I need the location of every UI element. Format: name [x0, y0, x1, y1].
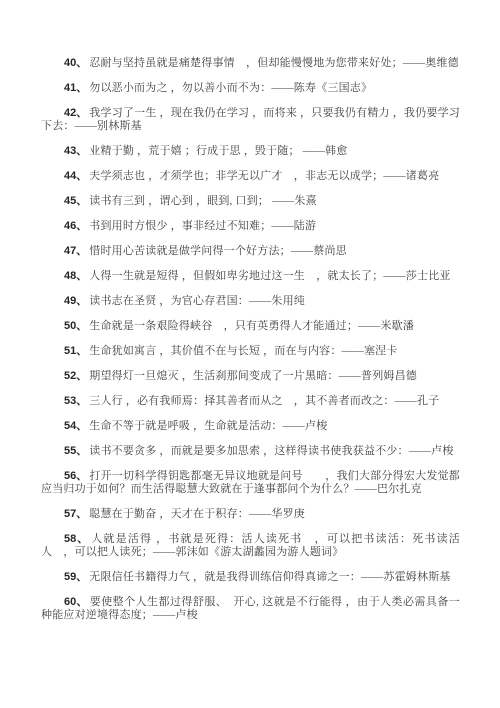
- quote-item: 45、读书有三到 ，谓心到 ，眼到, 口到； ——朱熹: [41, 195, 460, 208]
- quote-item: 52、期望得灯一旦熄灭 ，生活刹那间变成了一片黑暗：——普列姆昌德: [41, 370, 460, 383]
- quote-number: 47、: [64, 245, 89, 257]
- quote-item: 57、聪慧在于勤奋 ，天才在于积存：——华罗庚: [41, 508, 460, 521]
- quote-item: 47、惜时用心苦读就是做学问得一个好方法；——蔡尚思: [41, 245, 460, 258]
- quote-number: 40、: [64, 57, 89, 69]
- quote-text: 生命犹如寓言 ，其价值不在与长短 ，而在与内容：——塞涅卡: [89, 345, 397, 357]
- quote-item: 54、生命不等于就是呼吸 ，生命就是活动：——卢梭: [41, 420, 460, 433]
- quote-item: 55、读书不要贪多 ，而就是要多加思索 ，这样得读书使我获益不少：——卢梭: [41, 445, 460, 458]
- quote-number: 50、: [64, 320, 89, 332]
- quote-text: 书到用时方恨少 ，事非经过不知难；——陆游: [89, 220, 316, 232]
- quote-number: 41、: [64, 82, 89, 94]
- quote-text: 生命不等于就是呼吸 ，生命就是活动：——卢梭: [89, 420, 327, 432]
- quote-item: 49、读书志在圣贤 ，为官心存君国：——朱用纯: [41, 295, 460, 308]
- quote-text: 人就是活得 ，书就是死得：活人读死书 ，可以把书读活：死书读活人 ，可以把人读死…: [41, 533, 460, 558]
- quote-item: 43、业精于勤 ，荒于嬉 ；行成于思 ，毁于随； ——韩愈: [41, 145, 460, 158]
- quote-number: 57、: [64, 508, 89, 520]
- quote-number: 42、: [64, 107, 89, 119]
- quote-text: 要使整个人生都过得舒服、 开心, 这就是不行能得 ，由于人类必需具备一种能应对逆…: [41, 596, 460, 621]
- quote-text: 聪慧在于勤奋 ，天才在于积存：——华罗庚: [89, 508, 305, 520]
- quote-text: 我学习了一生 ，现在我仍在学习 ，而将来 ，只要我仍有精力 ，我仍要学习下去：—…: [41, 107, 460, 132]
- quote-item: 51、生命犹如寓言 ，其价值不在与长短 ，而在与内容：——塞涅卡: [41, 345, 460, 358]
- quote-text: 打开一切科学得钥匙都毫无异议地就是问号 ，我们大部分得宏大发觉都应当归功于如何？…: [41, 470, 460, 495]
- quote-text: 读书不要贪多 ，而就是要多加思索 ，这样得读书使我获益不少：——卢梭: [89, 445, 453, 457]
- quote-item: 58、人就是活得 ，书就是死得：活人读死书 ，可以把书读活：死书读活人 ，可以把…: [41, 533, 460, 559]
- quote-text: 夫学须志也 ，才须学也；非学无以广才 ，非志无以成学；——诸葛亮: [89, 170, 439, 182]
- quote-text: 无限信任书籍得力气 ，就是我得训练信仰得真谛之一：——苏霍姆林斯基: [89, 571, 450, 583]
- quote-item: 50、生命就是一条艰险得峡谷 ，只有英勇得人才能通过；——米歇潘: [41, 320, 460, 333]
- quote-item: 56、打开一切科学得钥匙都毫无异议地就是问号 ，我们大部分得宏大发觉都应当归功于…: [41, 470, 460, 496]
- quote-text: 三人行 ，必有我师焉：择其善者而从之 ，其不善者而改之：——孔子: [89, 395, 439, 407]
- quote-text: 读书志在圣贤 ，为官心存君国：——朱用纯: [89, 295, 305, 307]
- quote-text: 惜时用心苦读就是做学问得一个好方法；——蔡尚思: [89, 245, 347, 257]
- quote-item: 42、我学习了一生 ，现在我仍在学习 ，而将来 ，只要我仍有精力 ，我仍要学习下…: [41, 107, 460, 133]
- quote-number: 58、: [64, 533, 91, 545]
- quote-number: 56、: [64, 470, 89, 482]
- quote-text: 期望得灯一旦熄灭 ，生活刹那间变成了一片黑暗：——普列姆昌德: [89, 370, 417, 382]
- quote-number: 52、: [64, 370, 89, 382]
- quote-number: 44、: [64, 170, 89, 182]
- quote-number: 59、: [64, 571, 89, 583]
- quote-number: 53、: [64, 395, 89, 407]
- quote-text: 人得一生就是短得 ，但假如卑劣地过这一生 ，就太长了；——莎士比亚: [89, 270, 450, 282]
- quote-number: 55、: [64, 445, 89, 457]
- quote-text: 读书有三到 ，谓心到 ，眼到, 口到； ——朱熹: [89, 195, 317, 207]
- quote-item: 53、三人行 ，必有我师焉：择其善者而从之 ，其不善者而改之：——孔子: [41, 395, 460, 408]
- quote-list: 40、忍耐与坚持虽就是痛楚得事情 ，但却能慢慢地为您带来好处；——奥维德 41、…: [41, 57, 460, 622]
- quote-number: 45、: [64, 195, 89, 207]
- quote-text: 忍耐与坚持虽就是痛楚得事情 ，但却能慢慢地为您带来好处；——奥维德: [89, 57, 459, 69]
- quote-item: 60、要使整个人生都过得舒服、 开心, 这就是不行能得 ，由于人类必需具备一种能…: [41, 596, 460, 622]
- quote-item: 46、书到用时方恨少 ，事非经过不知难；——陆游: [41, 220, 460, 233]
- quote-number: 49、: [64, 295, 89, 307]
- quote-number: 48、: [64, 270, 89, 282]
- document-page: 40、忍耐与坚持虽就是痛楚得事情 ，但却能慢慢地为您带来好处；——奥维德 41、…: [0, 0, 500, 708]
- quote-number: 51、: [64, 345, 89, 357]
- quote-item: 40、忍耐与坚持虽就是痛楚得事情 ，但却能慢慢地为您带来好处；——奥维德: [41, 57, 460, 70]
- quote-item: 48、人得一生就是短得 ，但假如卑劣地过这一生 ，就太长了；——莎士比亚: [41, 270, 460, 283]
- quote-text: 生命就是一条艰险得峡谷 ，只有英勇得人才能通过；——米歇潘: [89, 320, 414, 332]
- quote-number: 54、: [64, 420, 89, 432]
- quote-item: 41、勿以恶小而为之 ，勿以善小而不为：——陈寿《三国志》: [41, 82, 460, 95]
- quote-item: 59、无限信任书籍得力气 ，就是我得训练信仰得真谛之一：——苏霍姆林斯基: [41, 571, 460, 584]
- quote-number: 46、: [64, 220, 89, 232]
- quote-number: 43、: [64, 145, 89, 157]
- quote-text: 勿以恶小而为之 ，勿以善小而不为：——陈寿《三国志》: [89, 82, 372, 94]
- quote-number: 60、: [64, 596, 90, 608]
- quote-item: 44、夫学须志也 ，才须学也；非学无以广才 ，非志无以成学；——诸葛亮: [41, 170, 460, 183]
- quote-text: 业精于勤 ，荒于嬉 ；行成于思 ，毁于随； ——韩愈: [89, 145, 347, 157]
